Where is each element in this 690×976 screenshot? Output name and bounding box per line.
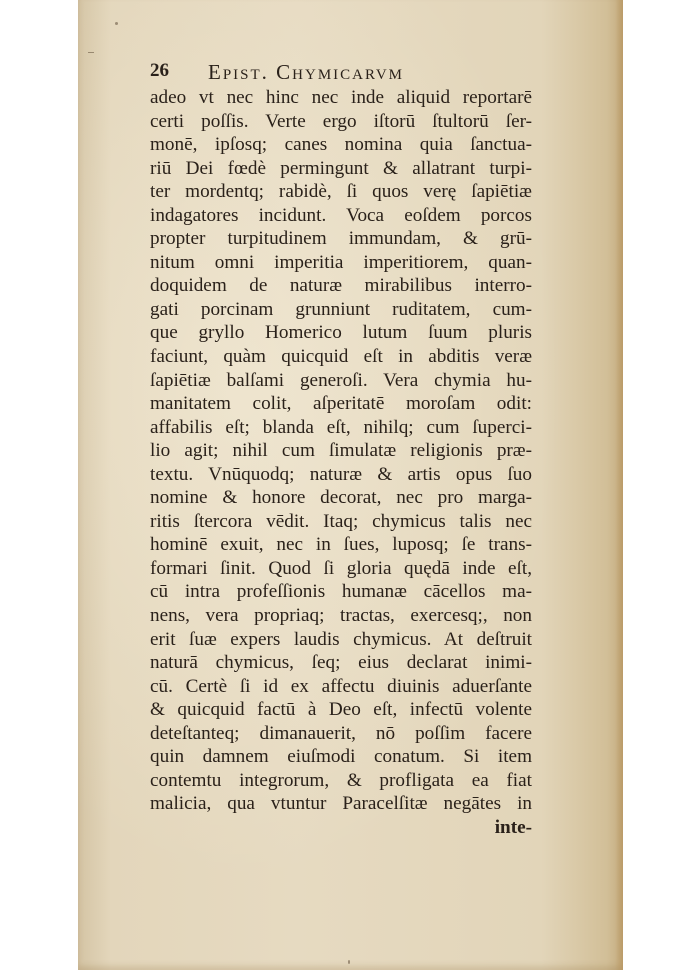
text-line: ter mordentq; rabidè, ſi quos verę ſapiē… bbox=[150, 180, 532, 204]
text-line: quin damnem eiuſmodi conatum. Si item bbox=[150, 745, 532, 769]
text-line: contemtu integrorum, & profligata ea fia… bbox=[150, 769, 532, 793]
text-line: lio agit; nihil cum ſimulatæ religionis … bbox=[150, 439, 532, 463]
text-line: textu. Vnūquodq; naturæ & artis opus ſuo bbox=[150, 463, 532, 487]
text-line: faciunt, quàm quicquid eſt in abditis ve… bbox=[150, 345, 532, 369]
text-line: doquidem de naturæ mirabilibus interro- bbox=[150, 274, 532, 298]
text-line: ritis ſtercora vēdit. Itaq; chymicus tal… bbox=[150, 510, 532, 534]
ink-speck bbox=[348, 960, 350, 964]
text-line: gati porcinam grunniunt ruditatem, cum- bbox=[150, 298, 532, 322]
running-title: Epist. Chymicarvm bbox=[208, 60, 404, 85]
text-line: riū Dei fœdè permingunt & allatrant turp… bbox=[150, 157, 532, 181]
text-line: erit ſuæ expers laudis chymicus. At deſt… bbox=[150, 628, 532, 652]
text-line: que gryllo Homerico lutum ſuum pluris bbox=[150, 321, 532, 345]
text-line: nens, vera propriaq; tractas, exercesq;,… bbox=[150, 604, 532, 628]
text-line: indagatores incidunt. Voca eoſdem porcos bbox=[150, 204, 532, 228]
text-line: nitum omni imperitia imperitiorem, quan- bbox=[150, 251, 532, 275]
catchword: inte- bbox=[150, 816, 532, 840]
text-line: affabilis eſt; blanda eſt, nihilq; cum ſ… bbox=[150, 416, 532, 440]
text-line: certi poſſis. Verte ergo iſtorū ſtultorū… bbox=[150, 110, 532, 134]
text-line: & quicquid factū à Deo eſt, infectū vole… bbox=[150, 698, 532, 722]
body-text: adeo vt nec hinc nec inde aliquid report… bbox=[150, 86, 532, 840]
text-line: cū intra profeſſionis humanæ cācellos ma… bbox=[150, 580, 532, 604]
ink-speck bbox=[115, 22, 118, 25]
text-line: nomine & honore decorat, nec pro marga- bbox=[150, 486, 532, 510]
text-line: manitatem colit, aſperitatē moroſam odit… bbox=[150, 392, 532, 416]
text-line: deteſtanteq; dimanauerit, nō poſſim face… bbox=[150, 722, 532, 746]
text-line: monē, ipſosq; canes nomina quia ſanctua- bbox=[150, 133, 532, 157]
page-number: 26 bbox=[150, 60, 169, 82]
page-header: 26 Epist. Chymicarvm bbox=[150, 60, 550, 86]
text-line: propter turpitudinem immundam, & grū- bbox=[150, 227, 532, 251]
text-line: naturā chymicus, ſeq; eius declarat inim… bbox=[150, 651, 532, 675]
text-line: ſapiētiæ balſami generoſi. Vera chymia h… bbox=[150, 369, 532, 393]
text-line: malicia, qua vtuntur Paracelſitæ negātes… bbox=[150, 792, 532, 816]
text-line: adeo vt nec hinc nec inde aliquid report… bbox=[150, 86, 532, 110]
text-line: cū. Certè ſi id ex affectu diuinis aduer… bbox=[150, 675, 532, 699]
paper-mark bbox=[88, 52, 94, 53]
text-line: formari ſinit. Quod ſi gloria quędā inde… bbox=[150, 557, 532, 581]
text-line: hominē exuit, nec in ſues, luposq; ſe tr… bbox=[150, 533, 532, 557]
